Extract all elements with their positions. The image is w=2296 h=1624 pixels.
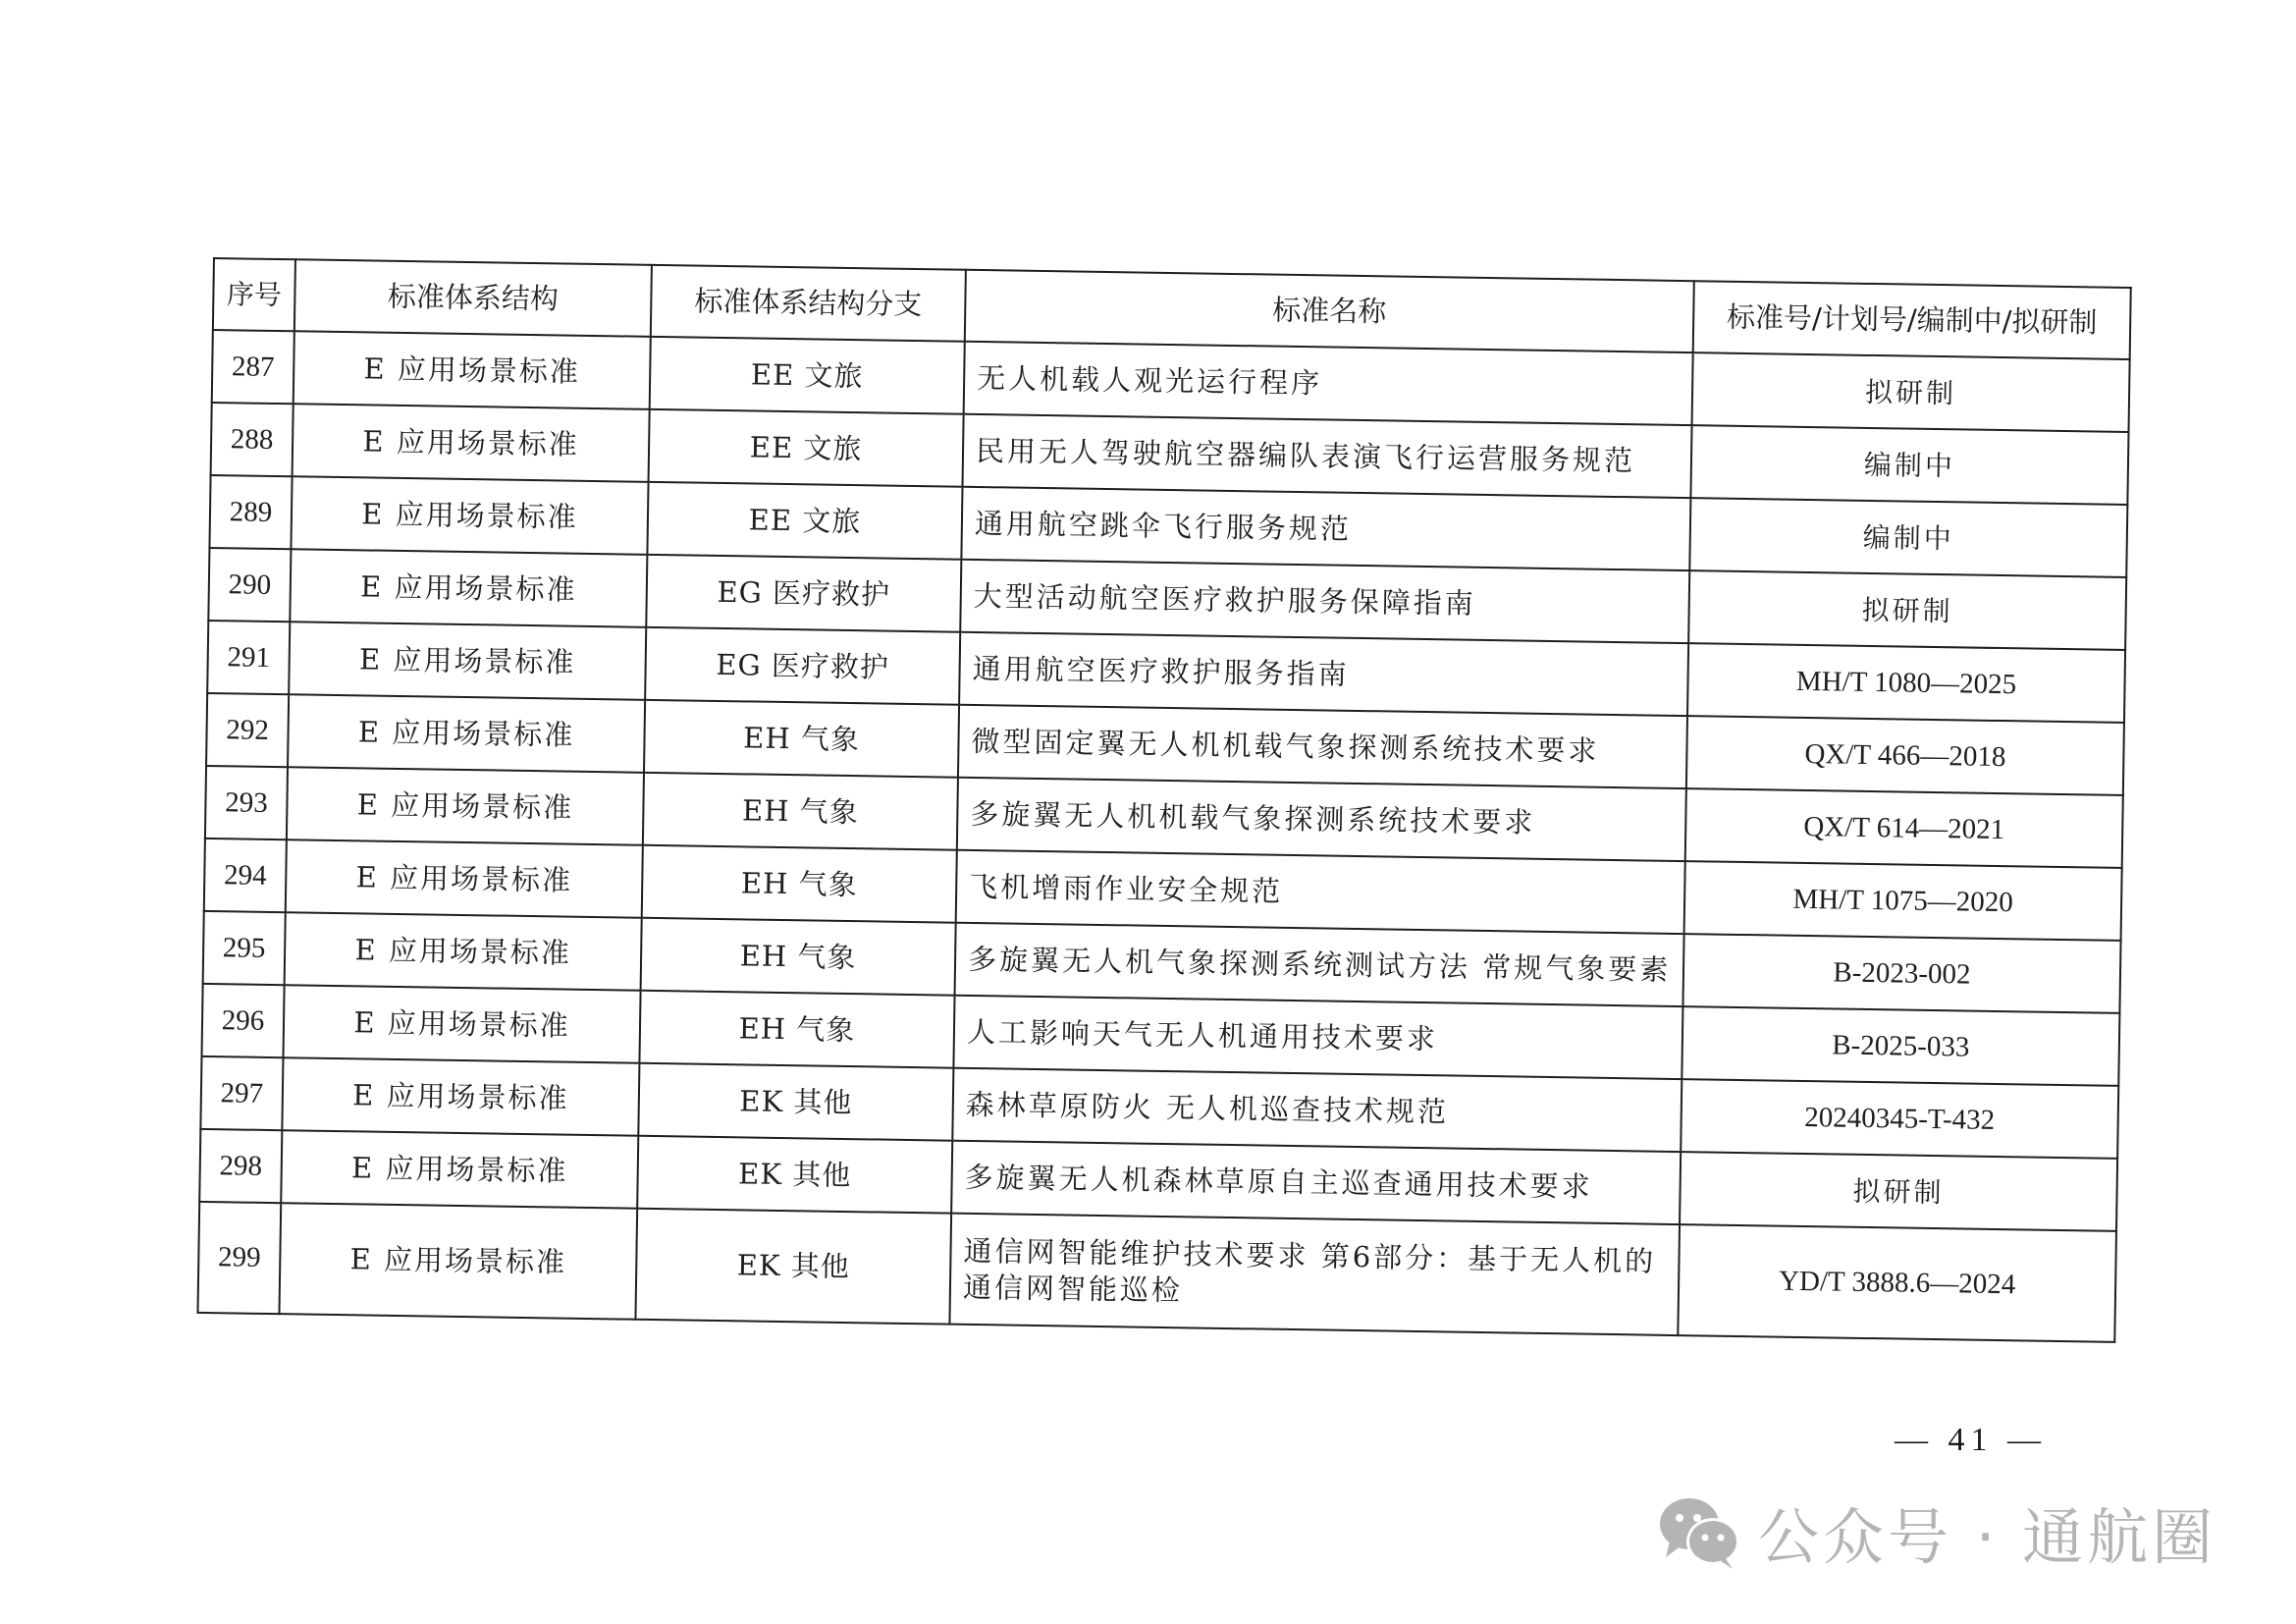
cell-branch: EE 文旅 xyxy=(649,409,964,487)
cell-branch: EG 医疗救护 xyxy=(646,555,961,632)
cell-standard-name: 微型固定翼无人机机载气象探测系统技术要求 xyxy=(958,705,1687,788)
header-standard-code: 标准号/计划号/编制中/拟研制 xyxy=(1693,281,2131,359)
cell-branch: EH 气象 xyxy=(641,918,956,996)
cell-standard-name: 飞机增雨作业安全规范 xyxy=(956,850,1685,934)
cell-standard-code: QX/T 614—2021 xyxy=(1685,788,2123,868)
cell-branch: EE 文旅 xyxy=(650,337,965,414)
cell-standard-code: YD/T 3888.6—2024 xyxy=(1678,1224,2116,1342)
page-number: — 41 — xyxy=(1895,1422,2047,1459)
cell-serial-no: 299 xyxy=(197,1202,281,1314)
header-structure: 标准体系结构 xyxy=(294,259,652,337)
cell-branch: EH 气象 xyxy=(642,845,957,923)
cell-serial-no: 288 xyxy=(211,403,294,476)
document-page: 序号 标准体系结构 标准体系结构分支 标准名称 标准号/计划号/编制中/拟研制 … xyxy=(0,0,2296,1624)
cell-standard-code: 拟研制 xyxy=(1688,570,2126,650)
wechat-icon xyxy=(1652,1492,1746,1571)
cell-structure: E 应用场景标准 xyxy=(285,912,642,991)
cell-serial-no: 294 xyxy=(204,839,287,912)
header-standard-name: 标准名称 xyxy=(965,270,1694,352)
standards-table-container: 序号 标准体系结构 标准体系结构分支 标准名称 标准号/计划号/编制中/拟研制 … xyxy=(196,257,2129,1343)
header-serial-no: 序号 xyxy=(213,258,295,331)
cell-branch: EE 文旅 xyxy=(647,482,962,560)
cell-standard-code: 编制中 xyxy=(1689,498,2127,577)
cell-serial-no: 287 xyxy=(212,330,294,404)
cell-branch: EH 气象 xyxy=(643,773,958,850)
header-branch: 标准体系结构分支 xyxy=(651,265,966,342)
cell-standard-name: 无人机载人观光运行程序 xyxy=(964,342,1693,425)
cell-structure: E 应用场景标准 xyxy=(286,839,643,918)
cell-standard-name: 人工影响天气无人机通用技术要求 xyxy=(953,996,1682,1079)
cell-branch: EG 医疗救护 xyxy=(645,627,960,705)
cell-standard-name: 通用航空跳伞飞行服务规范 xyxy=(961,487,1690,570)
watermark-text: 公众号 · 通航圈 xyxy=(1758,1489,2216,1576)
cell-branch: EH 气象 xyxy=(639,991,954,1068)
cell-standard-code: B-2025-033 xyxy=(1682,1006,2119,1086)
cell-standard-code: 20240345-T-432 xyxy=(1681,1079,2118,1159)
cell-structure: E 应用场景标准 xyxy=(293,404,650,482)
cell-structure: E 应用场景标准 xyxy=(283,985,640,1063)
cell-structure: E 应用场景标准 xyxy=(291,476,648,555)
cell-structure: E 应用场景标准 xyxy=(288,694,645,773)
cell-standard-name: 森林草原防火 无人机巡查技术规范 xyxy=(952,1068,1682,1152)
standards-table: 序号 标准体系结构 标准体系结构分支 标准名称 标准号/计划号/编制中/拟研制 … xyxy=(196,257,2131,1343)
cell-structure: E 应用场景标准 xyxy=(287,767,644,845)
cell-serial-no: 296 xyxy=(201,984,284,1057)
cell-structure: E 应用场景标准 xyxy=(281,1130,638,1209)
cell-branch: EK 其他 xyxy=(635,1209,951,1325)
cell-structure: E 应用场景标准 xyxy=(294,331,651,409)
cell-serial-no: 290 xyxy=(208,548,291,622)
cell-standard-code: MH/T 1075—2020 xyxy=(1684,861,2122,941)
cell-standard-code: QX/T 466—2018 xyxy=(1686,716,2124,795)
cell-standard-name: 大型活动航空医疗救护服务保障指南 xyxy=(960,560,1689,643)
cell-structure: E 应用场景标准 xyxy=(282,1057,639,1136)
cell-serial-no: 293 xyxy=(205,766,288,839)
cell-standard-code: 拟研制 xyxy=(1680,1152,2117,1231)
cell-standard-name: 民用无人驾驶航空器编队表演飞行运营服务规范 xyxy=(963,414,1692,498)
cell-serial-no: 295 xyxy=(203,911,286,985)
cell-structure: E 应用场景标准 xyxy=(289,622,646,700)
cell-structure: E 应用场景标准 xyxy=(290,549,647,627)
cell-serial-no: 291 xyxy=(207,621,290,694)
cell-serial-no: 292 xyxy=(206,693,289,767)
cell-branch: EK 其他 xyxy=(638,1063,953,1141)
cell-standard-code: 拟研制 xyxy=(1692,352,2130,432)
cell-structure: E 应用场景标准 xyxy=(279,1203,637,1320)
cell-standard-code: B-2023-002 xyxy=(1682,934,2120,1013)
cell-standard-code: MH/T 1080—2025 xyxy=(1687,643,2125,723)
cell-branch: EK 其他 xyxy=(637,1136,952,1214)
cell-serial-no: 297 xyxy=(200,1056,283,1130)
cell-standard-name: 多旋翼无人机气象探测系统测试方法 常规气象要素 xyxy=(955,923,1684,1006)
cell-standard-name: 多旋翼无人机机载气象探测系统技术要求 xyxy=(957,778,1686,861)
cell-serial-no: 298 xyxy=(199,1129,282,1203)
cell-standard-name: 通用航空医疗救护服务指南 xyxy=(959,632,1688,716)
watermark: 公众号 · 通航圈 xyxy=(1652,1492,2216,1571)
cell-standard-name: 通信网智能维护技术要求 第6部分：基于无人机的通信网智能巡检 xyxy=(949,1214,1680,1335)
cell-serial-no: 289 xyxy=(209,475,292,549)
cell-standard-code: 编制中 xyxy=(1690,425,2128,505)
cell-branch: EH 气象 xyxy=(644,700,959,778)
cell-standard-name: 多旋翼无人机森林草原自主巡查通用技术要求 xyxy=(951,1141,1681,1224)
